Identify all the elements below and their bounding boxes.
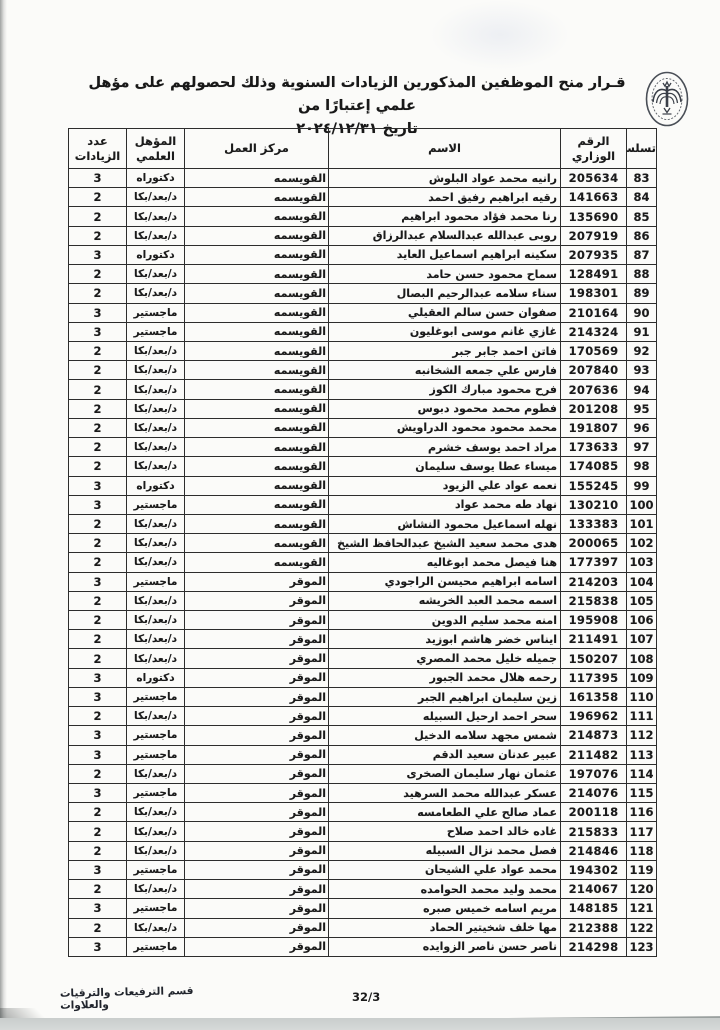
cell-serial: 108: [627, 649, 657, 668]
cell-name: محمد محمود محمود الدراويش: [329, 418, 561, 437]
table-row: 111196962سحر احمد ارحيل السبيلهالموقرد/ب…: [69, 707, 657, 726]
cell-ministry_number: 201208: [561, 399, 627, 418]
cell-increments: 2: [69, 591, 127, 610]
cell-qualification: ماجستير: [127, 687, 185, 706]
cell-work_center: الموقر: [185, 707, 329, 726]
cell-qualification: د/بعد/بكا: [127, 188, 185, 207]
table-row: 114197076عثمان نهار سليمان الصخرىالموقرد…: [69, 764, 657, 783]
cell-qualification: ماجستير: [127, 784, 185, 803]
cell-qualification: د/بعد/بكا: [127, 341, 185, 360]
cell-increments: 3: [69, 784, 127, 803]
header-increments: عدد الزيادات: [69, 129, 127, 169]
cell-serial: 114: [627, 764, 657, 783]
table-row: 108150207جميله خليل محمد المصريالموقرد/ب…: [69, 649, 657, 668]
cell-serial: 90: [627, 303, 657, 322]
cell-ministry_number: 210164: [561, 303, 627, 322]
cell-serial: 119: [627, 860, 657, 879]
cell-name: فصل محمد نزال السبيله: [329, 841, 561, 860]
table-row: 87207935سكينه ابراهيم اسماعيل العايدالقو…: [69, 245, 657, 264]
cell-serial: 118: [627, 841, 657, 860]
cell-name: نهله اسماعيل محمود النشاش: [329, 514, 561, 533]
cell-increments: 3: [69, 687, 127, 706]
cell-increments: 2: [69, 918, 127, 937]
cell-qualification: د/بعد/بكا: [127, 822, 185, 841]
cell-ministry_number: 117395: [561, 668, 627, 687]
cell-name: جميله خليل محمد المصري: [329, 649, 561, 668]
cell-serial: 97: [627, 438, 657, 457]
cell-ministry_number: 177397: [561, 553, 627, 572]
cell-qualification: دكتوراه: [127, 476, 185, 495]
cell-name: ميساء عطا يوسف سليمان: [329, 457, 561, 476]
cell-serial: 112: [627, 726, 657, 745]
cell-serial: 86: [627, 226, 657, 245]
cell-work_center: القويسمه: [185, 534, 329, 553]
cell-serial: 106: [627, 611, 657, 630]
cell-work_center: الموقر: [185, 880, 329, 899]
cell-qualification: د/بعد/بكا: [127, 591, 185, 610]
cell-name: نعمه عواد علي الزيود: [329, 476, 561, 495]
cell-ministry_number: 194302: [561, 860, 627, 879]
header-ministry-number: الرقم الوزاري: [561, 129, 627, 169]
cell-ministry_number: 200065: [561, 534, 627, 553]
cell-name: عسكر عبدالله محمد السرهيد: [329, 784, 561, 803]
cell-increments: 2: [69, 265, 127, 284]
cell-qualification: د/بعد/بكا: [127, 611, 185, 630]
cell-work_center: الموقر: [185, 860, 329, 879]
cell-increments: 3: [69, 245, 127, 264]
table-row: 107211491ايناس خضر هاشم ابوزيدالموقرد/بع…: [69, 630, 657, 649]
cell-name: شمس مجهد سلامه الدخيل: [329, 726, 561, 745]
cell-name: سماح محمود حسن حامد: [329, 265, 561, 284]
cell-increments: 2: [69, 803, 127, 822]
cell-work_center: القويسمه: [185, 361, 329, 380]
cell-serial: 88: [627, 265, 657, 284]
cell-ministry_number: 207919: [561, 226, 627, 245]
page-number: 32/3: [352, 990, 380, 1004]
cell-increments: 2: [69, 764, 127, 783]
cell-work_center: الموقر: [185, 803, 329, 822]
cell-name: عبير عدنان سعيد الدقم: [329, 745, 561, 764]
cell-serial: 93: [627, 361, 657, 380]
cell-increments: 2: [69, 534, 127, 553]
cell-work_center: الموقر: [185, 899, 329, 918]
cell-ministry_number: 161358: [561, 687, 627, 706]
cell-qualification: ماجستير: [127, 860, 185, 879]
cell-qualification: د/بعد/بكا: [127, 361, 185, 380]
cell-increments: 3: [69, 937, 127, 956]
table-row: 97173633مراد احمد يوسف خشرمالقويسمهد/بعد…: [69, 438, 657, 457]
cell-work_center: الموقر: [185, 841, 329, 860]
cell-work_center: الموقر: [185, 784, 329, 803]
cell-work_center: القويسمه: [185, 380, 329, 399]
cell-increments: 2: [69, 649, 127, 668]
cell-name: مريم اسامه خميس صبره: [329, 899, 561, 918]
cell-increments: 2: [69, 399, 127, 418]
cell-increments: 2: [69, 707, 127, 726]
cell-increments: 2: [69, 207, 127, 226]
cell-qualification: د/بعد/بكا: [127, 418, 185, 437]
cell-ministry_number: 196962: [561, 707, 627, 726]
cell-ministry_number: 174085: [561, 457, 627, 476]
cell-increments: 2: [69, 553, 127, 572]
cell-serial: 94: [627, 380, 657, 399]
cell-increments: 3: [69, 745, 127, 764]
table-row: 113211482عبير عدنان سعيد الدقمالموقرماجس…: [69, 745, 657, 764]
cell-work_center: الموقر: [185, 668, 329, 687]
cell-increments: 2: [69, 514, 127, 533]
table-row: 96191807محمد محمود محمود الدراويشالقويسم…: [69, 418, 657, 437]
cell-qualification: ماجستير: [127, 726, 185, 745]
cell-serial: 99: [627, 476, 657, 495]
cell-ministry_number: 195908: [561, 611, 627, 630]
cell-qualification: ماجستير: [127, 899, 185, 918]
cell-work_center: الموقر: [185, 822, 329, 841]
cell-increments: 3: [69, 572, 127, 591]
cell-name: روبى عبدالله عبدالسلام عبدالرزاق: [329, 226, 561, 245]
table-row: 122212388مها خلف شخيتير الحمادالموقرد/بع…: [69, 918, 657, 937]
cell-increments: 2: [69, 611, 127, 630]
table-row: 118214846فصل محمد نزال السبيلهالموقرد/بع…: [69, 841, 657, 860]
cell-work_center: الموقر: [185, 649, 329, 668]
cell-qualification: د/بعد/بكا: [127, 207, 185, 226]
cell-increments: 2: [69, 630, 127, 649]
header-name: الاسم: [329, 129, 561, 169]
cell-name: امنه محمد سليم الدوين: [329, 611, 561, 630]
cell-name: نهاد طه محمد عواد: [329, 495, 561, 514]
table-row: 98174085ميساء عطا يوسف سليمانالقويسمهد/ب…: [69, 457, 657, 476]
cell-name: اسمه محمد العبد الخريشه: [329, 591, 561, 610]
cell-qualification: د/بعد/بكا: [127, 380, 185, 399]
cell-serial: 102: [627, 534, 657, 553]
table-row: 120214067محمد وليد محمد الحوامدهالموقرد/…: [69, 880, 657, 899]
cell-qualification: ماجستير: [127, 572, 185, 591]
cell-name: اسامه ابراهيم محيسن الراجودي: [329, 572, 561, 591]
table-row: 99155245نعمه عواد علي الزيودالقويسمهدكتو…: [69, 476, 657, 495]
table-row: 121148185مريم اسامه خميس صبرهالموقرماجست…: [69, 899, 657, 918]
cell-work_center: القويسمه: [185, 265, 329, 284]
cell-name: ناصر حسن ناصر الزوايده: [329, 937, 561, 956]
cell-ministry_number: 207636: [561, 380, 627, 399]
cell-serial: 105: [627, 591, 657, 610]
table-row: 83205634رانيه محمد عواد البلوشالقويسمهدك…: [69, 169, 657, 188]
table-row: 103177397هنا فيصل محمد ابوغاليهالقويسمهد…: [69, 553, 657, 572]
cell-ministry_number: 211491: [561, 630, 627, 649]
cell-qualification: د/بعد/بكا: [127, 399, 185, 418]
cell-work_center: الموقر: [185, 630, 329, 649]
cell-work_center: الموقر: [185, 764, 329, 783]
cell-ministry_number: 197076: [561, 764, 627, 783]
table-row: 90210164صفوان حسن سالم العقيليالقويسمهما…: [69, 303, 657, 322]
cell-qualification: د/بعد/بكا: [127, 918, 185, 937]
cell-work_center: القويسمه: [185, 169, 329, 188]
cell-qualification: د/بعد/بكا: [127, 514, 185, 533]
cell-increments: 3: [69, 495, 127, 514]
cell-serial: 109: [627, 668, 657, 687]
cell-ministry_number: 135690: [561, 207, 627, 226]
cell-serial: 85: [627, 207, 657, 226]
cell-serial: 115: [627, 784, 657, 803]
cell-work_center: الموقر: [185, 687, 329, 706]
cell-increments: 2: [69, 380, 127, 399]
cell-increments: 2: [69, 284, 127, 303]
cell-serial: 91: [627, 322, 657, 341]
cell-ministry_number: 173633: [561, 438, 627, 457]
cell-serial: 87: [627, 245, 657, 264]
cell-name: فاتن احمد جابر جبر: [329, 341, 561, 360]
cell-work_center: الموقر: [185, 745, 329, 764]
eagle-emblem-icon: [644, 70, 690, 128]
table-row: 115214076عسكر عبدالله محمد السرهيدالموقر…: [69, 784, 657, 803]
table-row: 88128491سماح محمود حسن حامدالقويسمهد/بعد…: [69, 265, 657, 284]
cell-qualification: د/بعد/بكا: [127, 841, 185, 860]
cell-name: ايناس خضر هاشم ابوزيد: [329, 630, 561, 649]
cell-ministry_number: 150207: [561, 649, 627, 668]
cell-ministry_number: 200118: [561, 803, 627, 822]
cell-qualification: د/بعد/بكا: [127, 265, 185, 284]
cell-ministry_number: 148185: [561, 899, 627, 918]
cell-work_center: القويسمه: [185, 553, 329, 572]
cell-ministry_number: 214298: [561, 937, 627, 956]
cell-ministry_number: 198301: [561, 284, 627, 303]
cell-serial: 110: [627, 687, 657, 706]
cell-name: عماد صالح علي الطعامسه: [329, 803, 561, 822]
cell-increments: 2: [69, 361, 127, 380]
header-work-center: مركز العمل: [185, 129, 329, 169]
cell-serial: 111: [627, 707, 657, 726]
cell-qualification: ماجستير: [127, 322, 185, 341]
cell-ministry_number: 191807: [561, 418, 627, 437]
title-line-1: قـرار منح الموظفين المذكورين الزيادات ال…: [78, 72, 636, 118]
cell-increments: 2: [69, 418, 127, 437]
table-row: 112214873شمس مجهد سلامه الدخيلالموقرماجس…: [69, 726, 657, 745]
cell-name: فارس علي جمعه الشخانبه: [329, 361, 561, 380]
cell-work_center: القويسمه: [185, 438, 329, 457]
cell-work_center: القويسمه: [185, 303, 329, 322]
cell-serial: 95: [627, 399, 657, 418]
cell-serial: 84: [627, 188, 657, 207]
cell-name: سحر احمد ارحيل السبيله: [329, 707, 561, 726]
cell-work_center: القويسمه: [185, 399, 329, 418]
table-row: 101133383نهله اسماعيل محمود النشاشالقويس…: [69, 514, 657, 533]
cell-ministry_number: 170569: [561, 341, 627, 360]
cell-increments: 3: [69, 322, 127, 341]
cell-serial: 103: [627, 553, 657, 572]
cell-serial: 92: [627, 341, 657, 360]
cell-serial: 123: [627, 937, 657, 956]
cell-serial: 100: [627, 495, 657, 514]
cell-name: فرح محمود مبارك الكوز: [329, 380, 561, 399]
table-row: 86207919روبى عبدالله عبدالسلام عبدالرزاق…: [69, 226, 657, 245]
cell-work_center: القويسمه: [185, 226, 329, 245]
cell-name: هنا فيصل محمد ابوغاليه: [329, 553, 561, 572]
cell-qualification: ماجستير: [127, 303, 185, 322]
cell-qualification: د/بعد/بكا: [127, 630, 185, 649]
cell-ministry_number: 130210: [561, 495, 627, 514]
cell-qualification: دكتوراه: [127, 245, 185, 264]
cell-work_center: الموقر: [185, 611, 329, 630]
cell-ministry_number: 207840: [561, 361, 627, 380]
cell-name: محمد وليد محمد الحوامده: [329, 880, 561, 899]
cell-ministry_number: 214203: [561, 572, 627, 591]
cell-work_center: الموقر: [185, 918, 329, 937]
cell-serial: 116: [627, 803, 657, 822]
cell-ministry_number: 215833: [561, 822, 627, 841]
cell-work_center: القويسمه: [185, 418, 329, 437]
cell-name: محمد عواد علي الشيحان: [329, 860, 561, 879]
cell-increments: 2: [69, 341, 127, 360]
cell-name: سناء سلامه عبدالرحيم البصال: [329, 284, 561, 303]
cell-qualification: د/بعد/بكا: [127, 553, 185, 572]
table-row: 119194302محمد عواد علي الشيحانالموقرماجس…: [69, 860, 657, 879]
cell-work_center: القويسمه: [185, 207, 329, 226]
table-row: 123214298ناصر حسن ناصر الزوايدهالموقرماج…: [69, 937, 657, 956]
cell-serial: 96: [627, 418, 657, 437]
cell-name: عثمان نهار سليمان الصخرى: [329, 764, 561, 783]
table-row: 110161358زين سليمان ابراهيم الجبرالموقرم…: [69, 687, 657, 706]
cell-serial: 113: [627, 745, 657, 764]
cell-work_center: الموقر: [185, 726, 329, 745]
cell-ministry_number: 214076: [561, 784, 627, 803]
cell-increments: 3: [69, 726, 127, 745]
scan-left-edge: [0, 0, 7, 1030]
cell-name: فطوم محمد محمود دبوس: [329, 399, 561, 418]
table-body: 83205634رانيه محمد عواد البلوشالقويسمهدك…: [69, 169, 657, 957]
cell-ministry_number: 133383: [561, 514, 627, 533]
cell-increments: 2: [69, 226, 127, 245]
cell-qualification: د/بعد/بكا: [127, 764, 185, 783]
cell-work_center: الموقر: [185, 591, 329, 610]
cell-work_center: القويسمه: [185, 284, 329, 303]
cell-ministry_number: 214067: [561, 880, 627, 899]
table-row: 102200065هدى محمد سعيد الشيخ عبدالحافظ ا…: [69, 534, 657, 553]
table-row: 91214324غازي غانم موسى ابوغليونالقويسمهم…: [69, 322, 657, 341]
cell-serial: 83: [627, 169, 657, 188]
header-qualification: المؤهل العلمي: [127, 129, 185, 169]
cell-name: صفوان حسن سالم العقيلي: [329, 303, 561, 322]
cell-name: غاده خالد احمد صلاح: [329, 822, 561, 841]
table-row: 95201208فطوم محمد محمود دبوسالقويسمهد/بع…: [69, 399, 657, 418]
cell-serial: 122: [627, 918, 657, 937]
cell-increments: 3: [69, 668, 127, 687]
footer-department: قسم الترفيعات والترقيات والعلاوات: [60, 984, 230, 1012]
cell-increments: 2: [69, 880, 127, 899]
cell-name: غازي غانم موسى ابوغليون: [329, 322, 561, 341]
cell-increments: 2: [69, 822, 127, 841]
cell-qualification: د/بعد/بكا: [127, 803, 185, 822]
cell-name: سكينه ابراهيم اسماعيل العايد: [329, 245, 561, 264]
cell-qualification: د/بعد/بكا: [127, 707, 185, 726]
cell-ministry_number: 128491: [561, 265, 627, 284]
cell-ministry_number: 155245: [561, 476, 627, 495]
cell-serial: 120: [627, 880, 657, 899]
cell-name: رحمه هلال محمد الجبور: [329, 668, 561, 687]
cell-serial: 101: [627, 514, 657, 533]
table-row: 109117395رحمه هلال محمد الجبورالموقردكتو…: [69, 668, 657, 687]
table-row: 93207840فارس علي جمعه الشخانبهالقويسمهد/…: [69, 361, 657, 380]
table-row: 104214203اسامه ابراهيم محيسن الراجوديالم…: [69, 572, 657, 591]
cell-ministry_number: 207935: [561, 245, 627, 264]
cell-name: هدى محمد سعيد الشيخ عبدالحافظ الشيخ: [329, 534, 561, 553]
cell-increments: 2: [69, 841, 127, 860]
cell-increments: 2: [69, 438, 127, 457]
cell-name: مها خلف شخيتير الحماد: [329, 918, 561, 937]
cell-work_center: القويسمه: [185, 188, 329, 207]
cell-work_center: القويسمه: [185, 476, 329, 495]
cell-work_center: الموقر: [185, 572, 329, 591]
cell-qualification: ماجستير: [127, 937, 185, 956]
cell-serial: 117: [627, 822, 657, 841]
cell-name: زين سليمان ابراهيم الجبر: [329, 687, 561, 706]
cell-serial: 89: [627, 284, 657, 303]
cell-qualification: دكتوراه: [127, 668, 185, 687]
table-row: 85135690رنا محمد فؤاد محمود ابراهيمالقوي…: [69, 207, 657, 226]
table-row: 92170569فاتن احمد جابر جبرالقويسمهد/بعد/…: [69, 341, 657, 360]
cell-ministry_number: 211482: [561, 745, 627, 764]
table-row: 84141663رقيه ابراهيم رفيق احمدالقويسمهد/…: [69, 188, 657, 207]
cell-qualification: د/بعد/بكا: [127, 284, 185, 303]
cell-name: رنا محمد فؤاد محمود ابراهيم: [329, 207, 561, 226]
cell-name: رقيه ابراهيم رفيق احمد: [329, 188, 561, 207]
cell-qualification: د/بعد/بكا: [127, 457, 185, 476]
cell-qualification: د/بعد/بكا: [127, 649, 185, 668]
header-serial: تسلسل: [627, 129, 657, 169]
cell-serial: 98: [627, 457, 657, 476]
table-row: 105215838اسمه محمد العبد الخريشهالموقرد/…: [69, 591, 657, 610]
scan-bottom-band: [0, 1018, 720, 1030]
cell-qualification: ماجستير: [127, 745, 185, 764]
cell-qualification: دكتوراه: [127, 169, 185, 188]
cell-increments: 3: [69, 476, 127, 495]
cell-increments: 3: [69, 169, 127, 188]
cell-name: رانيه محمد عواد البلوش: [329, 169, 561, 188]
scan-smudge: [430, 0, 570, 70]
cell-name: مراد احمد يوسف خشرم: [329, 438, 561, 457]
cell-qualification: د/بعد/بكا: [127, 438, 185, 457]
employee-increments-table: تسلسل الرقم الوزاري الاسم مركز العمل الم…: [68, 128, 657, 957]
table-row: 94207636فرح محمود مبارك الكوزالقويسمهد/ب…: [69, 380, 657, 399]
cell-qualification: د/بعد/بكا: [127, 534, 185, 553]
cell-increments: 3: [69, 860, 127, 879]
cell-work_center: القويسمه: [185, 245, 329, 264]
cell-work_center: الموقر: [185, 937, 329, 956]
cell-increments: 2: [69, 188, 127, 207]
table-row: 89198301سناء سلامه عبدالرحيم البصالالقوي…: [69, 284, 657, 303]
cell-ministry_number: 205634: [561, 169, 627, 188]
cell-serial: 121: [627, 899, 657, 918]
cell-ministry_number: 214873: [561, 726, 627, 745]
cell-ministry_number: 141663: [561, 188, 627, 207]
cell-increments: 2: [69, 457, 127, 476]
cell-ministry_number: 214846: [561, 841, 627, 860]
cell-ministry_number: 214324: [561, 322, 627, 341]
cell-qualification: د/بعد/بكا: [127, 880, 185, 899]
cell-ministry_number: 215838: [561, 591, 627, 610]
cell-work_center: القويسمه: [185, 322, 329, 341]
table-row: 106195908امنه محمد سليم الدوينالموقرد/بع…: [69, 611, 657, 630]
table-row: 100130210نهاد طه محمد عوادالقويسمهماجستي…: [69, 495, 657, 514]
cell-work_center: القويسمه: [185, 495, 329, 514]
cell-qualification: د/بعد/بكا: [127, 226, 185, 245]
table-header-row: تسلسل الرقم الوزاري الاسم مركز العمل الم…: [69, 129, 657, 169]
cell-work_center: القويسمه: [185, 341, 329, 360]
cell-ministry_number: 212388: [561, 918, 627, 937]
cell-work_center: القويسمه: [185, 457, 329, 476]
table-row: 117215833غاده خالد احمد صلاحالموقرد/بعد/…: [69, 822, 657, 841]
cell-serial: 104: [627, 572, 657, 591]
cell-increments: 3: [69, 899, 127, 918]
cell-qualification: ماجستير: [127, 495, 185, 514]
scanned-document-page: قـرار منح الموظفين المذكورين الزيادات ال…: [0, 0, 720, 1030]
